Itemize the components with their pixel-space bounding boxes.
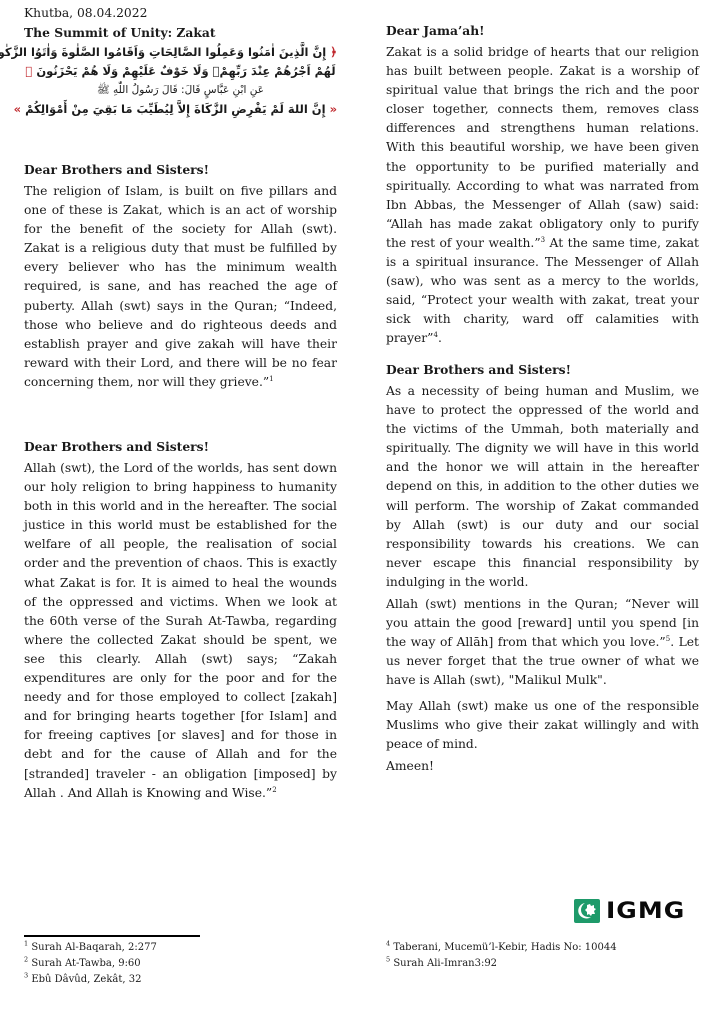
ornament-open-icon: ﴿ [330,45,337,59]
section-heading: Dear Jama’ah! [386,21,699,40]
khutba-date: Khutba, 08.04.2022 [24,4,147,23]
ameen: Ameen! [386,757,699,776]
arabic-verse-line-2: لَهُمْ اَجْرُهُمْ عِنْدَ رَبِّهِمْۚ وَلَ… [24,62,337,81]
footnote-item: 2 Surah At-Tawba, 9:60 [24,956,157,972]
arabic-hadith-line: « إِنَّ اللهَ لَمْ يَفْرِضِ الزَّكَاةَ إ… [24,100,337,119]
closing-prayer: May Allah (swt) make us one of the respo… [386,697,699,754]
ornament-close-icon: ﴾ [25,64,32,78]
right-section-1: Dear Jama’ah! Zakat is a solid bridge of… [386,21,699,349]
footnote-item: 5 Surah Ali-Imran3:92 [386,956,617,972]
section-body: As a necessity of being human and Muslim… [386,382,699,592]
footnote-ref[interactable]: 1 [269,375,273,383]
footnotes-left: 1 Surah Al-Baqarah, 2:277 2 Surah At-Taw… [24,940,157,988]
logo-text: IGMG [606,898,685,923]
section-heading: Dear Brothers and Sisters! [386,360,699,379]
right-section-closing: May Allah (swt) make us one of the respo… [386,697,699,776]
crescent-leaf-icon [574,899,600,923]
igmg-logo: IGMG [574,897,698,925]
right-section-2: Dear Brothers and Sisters! As a necessit… [386,360,699,691]
arabic-hadith-narrator: عَنِ ابْنِ عَبَّاسٍ قَالَ: قَالَ رَسُولُ… [24,81,337,100]
page-title: The Summit of Unity: Zakat [24,23,216,42]
quote-open-icon: « [330,102,337,116]
section-body: Zakat is a solid bridge of hearts that o… [386,43,699,349]
section-heading: Dear Brothers and Sisters! [24,437,337,456]
footnote-divider [24,935,200,937]
footnote-item: 1 Surah Al-Baqarah, 2:277 [24,940,157,956]
arabic-verse-line-1: ﴿ إِنَّ الَّذِينَ اٰمَنُوا وَعَمِلُوا ال… [24,43,337,62]
quote-close-icon: » [14,102,21,116]
left-section-2: Dear Brothers and Sisters! Allah (swt), … [24,437,337,803]
section-body: The religion of Islam, is built on five … [24,182,337,392]
section-heading: Dear Brothers and Sisters! [24,160,337,179]
section-body: Allah (swt), the Lord of the worlds, has… [24,459,337,803]
footnote-ref[interactable]: 2 [272,786,276,794]
footnote-item: 4 Taberani, Mucemü’l-Kebir, Hadis No: 10… [386,940,617,956]
footnotes-right: 4 Taberani, Mucemü’l-Kebir, Hadis No: 10… [386,940,617,972]
section-body-quran: Allah (swt) mentions in the Quran; “Neve… [386,595,699,690]
left-section-1: Dear Brothers and Sisters! The religion … [24,160,337,392]
footnote-item: 3 Ebû Dâvûd, Zekât, 32 [24,972,157,988]
